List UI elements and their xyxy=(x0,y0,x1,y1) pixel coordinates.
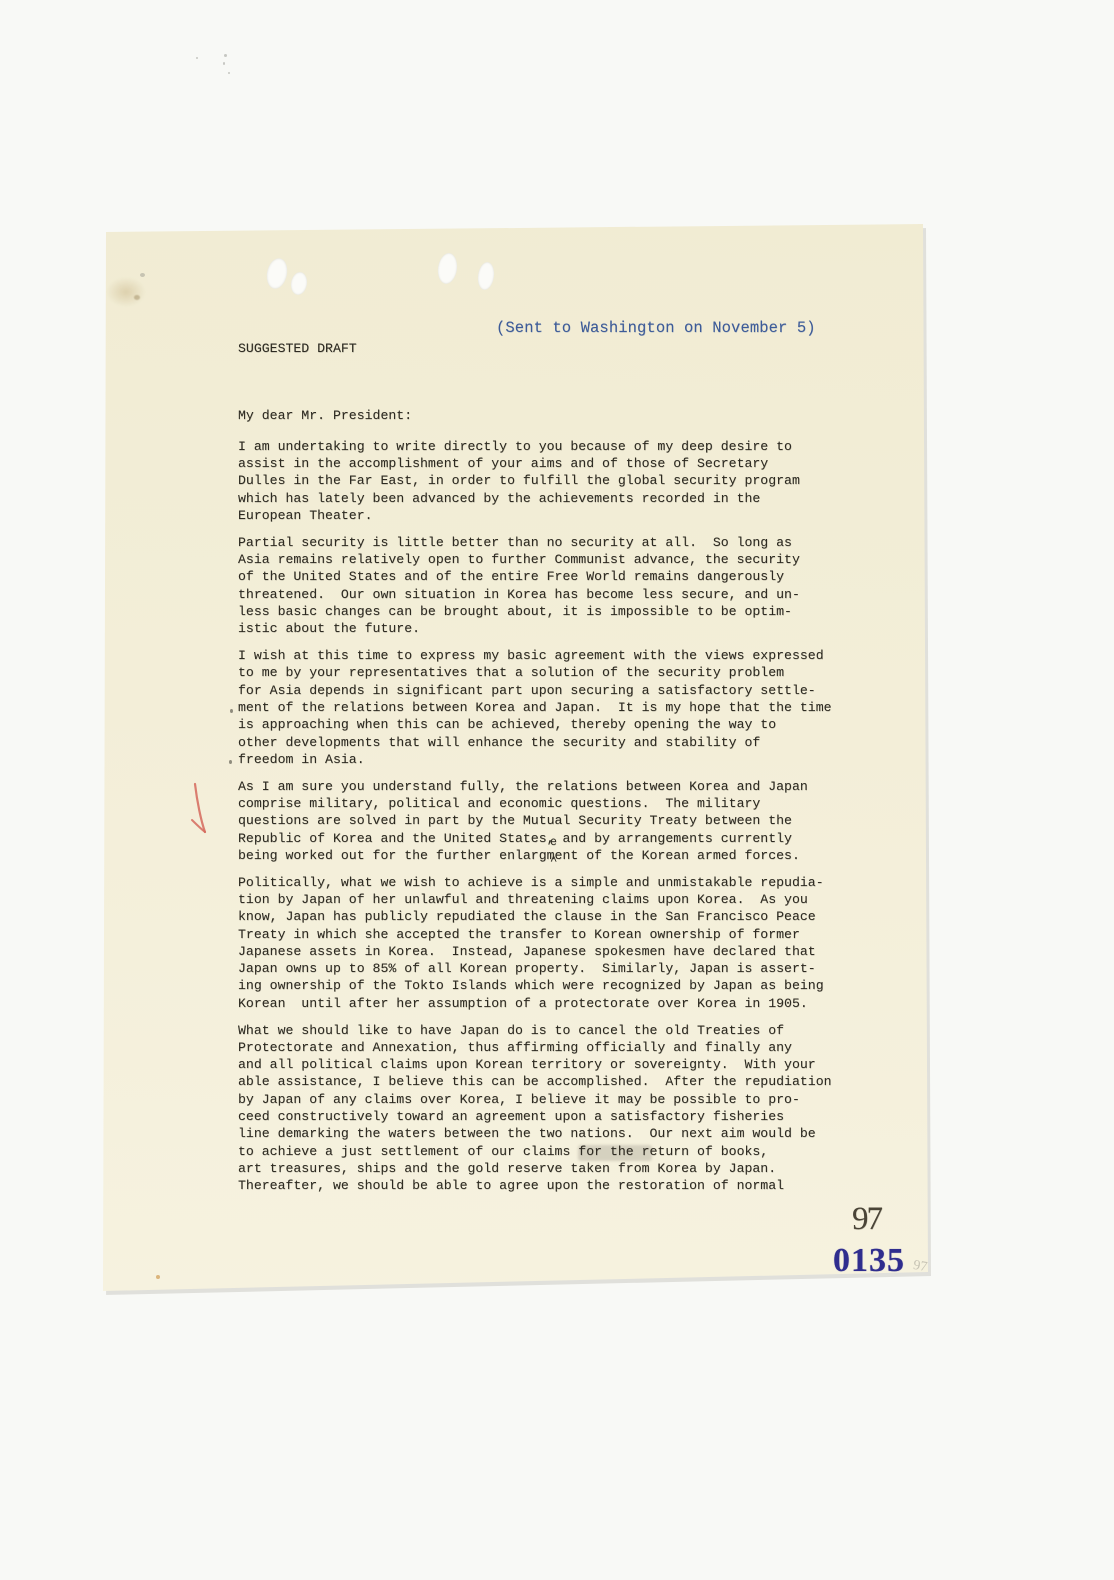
letter-line: by Japan of any claims over Korea, I bel… xyxy=(238,1091,878,1108)
paper-stain xyxy=(106,277,146,307)
letter-line: Protectorate and Annexation, thus affirm… xyxy=(238,1039,878,1056)
punch-hole xyxy=(264,256,290,290)
letter-line: I wish at this time to express my basic … xyxy=(238,647,878,664)
letter-line: ment of the relations between Korea and … xyxy=(238,699,878,716)
letter-line: ing ownership of the Tokto Islands which… xyxy=(238,977,878,994)
document-scan: (Sent to Washington on November 5) SUGGE… xyxy=(0,0,1114,1580)
letter-line: for Asia depends in significant part upo… xyxy=(238,682,878,699)
dust-speck xyxy=(228,72,230,74)
letter-line: line demarking the waters between the tw… xyxy=(238,1125,878,1142)
paper-stain xyxy=(140,273,145,277)
punch-hole xyxy=(289,271,309,296)
letter-line: Politically, what we wish to achieve is … xyxy=(238,874,878,891)
insertion-caret: ^ xyxy=(550,854,557,868)
letter-line: threatened. Our own situation in Korea h… xyxy=(238,586,878,603)
letter-page: (Sent to Washington on November 5) SUGGE… xyxy=(100,221,932,1294)
letter-line: questions are solved in part by the Mutu… xyxy=(238,812,878,829)
letter-line: and all political claims upon Korean ter… xyxy=(238,1056,878,1073)
letter-line: know, Japan has publicly repudiated the … xyxy=(238,908,878,925)
document-title: SUGGESTED DRAFT xyxy=(238,341,357,356)
letter-line: Japanese assets in Korea. Instead, Japan… xyxy=(238,943,878,960)
letter-line: freedom in Asia. xyxy=(238,751,878,768)
dust-speck xyxy=(224,54,227,57)
letter-body: My dear Mr. President: I am undertaking … xyxy=(238,407,878,1204)
page-number-typed: 97 xyxy=(852,1201,881,1238)
paper-stain xyxy=(156,1275,160,1279)
letter-line: to achieve a just settlement of our clai… xyxy=(238,1143,878,1160)
letter-line: Korean until after her assumption of a p… xyxy=(238,995,878,1012)
sent-note: (Sent to Washington on November 5) xyxy=(496,319,816,337)
salutation: My dear Mr. President: xyxy=(238,407,878,424)
red-checkmark-annotation xyxy=(185,776,215,841)
letter-paragraph: What we should like to have Japan do is … xyxy=(238,1022,878,1195)
letter-line: other developments that will enhance the… xyxy=(238,734,878,751)
letter-line: ceed constructively toward an agreement … xyxy=(238,1108,878,1125)
letter-paragraphs: I am undertaking to write directly to yo… xyxy=(238,438,878,1195)
ink-dot xyxy=(230,709,233,713)
letter-line: able assistance, I believe this can be a… xyxy=(238,1073,878,1090)
letter-line: art treasures, ships and the gold reserv… xyxy=(238,1160,878,1177)
ink-dot xyxy=(229,760,232,764)
letter-paragraph: Partial security is little better than n… xyxy=(238,534,878,638)
letter-line: Treaty in which she accepted the transfe… xyxy=(238,926,878,943)
letter-line: I am undertaking to write directly to yo… xyxy=(238,438,878,455)
letter-line: Asia remains relatively open to further … xyxy=(238,551,878,568)
letter-line: tion by Japan of her unlawful and threat… xyxy=(238,891,878,908)
punch-hole xyxy=(476,261,496,291)
letter-line: assist in the accomplishment of your aim… xyxy=(238,455,878,472)
letter-line: Dulles in the Far East, in order to fulf… xyxy=(238,472,878,489)
letter-line: which has lately been advanced by the ac… xyxy=(238,490,878,507)
letter-line: to me by your representatives that a sol… xyxy=(238,664,878,681)
letter-line: As I am sure you understand fully, the r… xyxy=(238,778,878,795)
letter-line: of the United States and of the entire F… xyxy=(238,568,878,585)
paper-stain xyxy=(134,295,140,300)
dust-speck xyxy=(196,57,198,59)
letter-line: Republic of Korea and the United States,… xyxy=(238,830,878,847)
punch-hole xyxy=(436,252,459,285)
letter-line: Thereafter, we should be able to agree u… xyxy=(238,1177,878,1194)
letter-line: comprise military, political and economi… xyxy=(238,795,878,812)
letter-paragraph: I wish at this time to express my basic … xyxy=(238,647,878,768)
letter-line: Partial security is little better than n… xyxy=(238,534,878,551)
letter-paragraph: Politically, what we wish to achieve is … xyxy=(238,874,878,1012)
letter-line: Japan owns up to 85% of all Korean prope… xyxy=(238,960,878,977)
letter-line: being worked out for the further enlargm… xyxy=(238,847,878,864)
letter-line: is approaching when this can be achieved… xyxy=(238,716,878,733)
letter-line: istic about the future. xyxy=(238,620,878,637)
inserted-character: e xyxy=(550,836,557,849)
letter-line: What we should like to have Japan do is … xyxy=(238,1022,878,1039)
letter-paragraph: I am undertaking to write directly to yo… xyxy=(238,438,878,524)
letter-paragraph: As I am sure you understand fully, the r… xyxy=(238,778,878,864)
letter-line: European Theater. xyxy=(238,507,878,524)
ink-smudge xyxy=(578,1145,652,1161)
letter-line: less basic changes can be brought about,… xyxy=(238,603,878,620)
dust-speck xyxy=(223,62,225,65)
